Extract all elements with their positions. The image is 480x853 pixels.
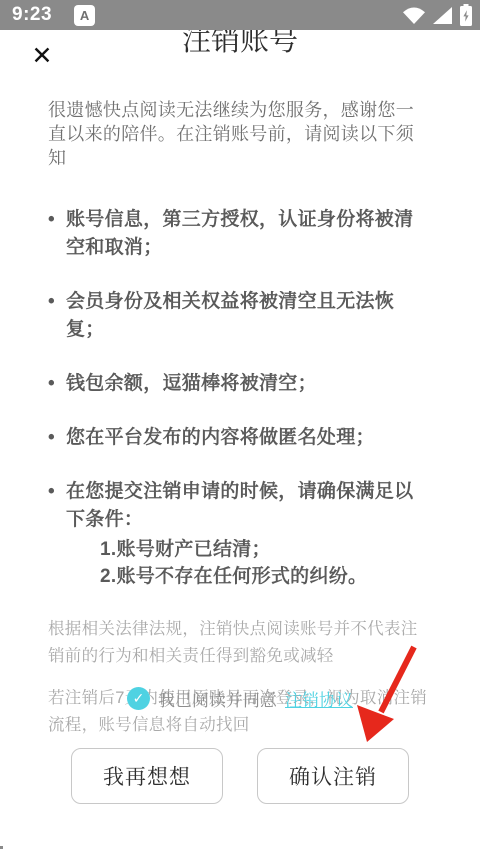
confirm-cancel-button[interactable]: 确认注销 — [257, 748, 409, 804]
think-again-button[interactable]: 我再想想 — [71, 748, 223, 804]
notice-item-text: 在您提交注销申请的时候，请确保满足以下条件： — [66, 481, 413, 530]
content-area: 很遗憾快点阅读无法继续为您服务，感谢您一直以来的陪伴。在注销账号前，请阅读以下须… — [0, 87, 480, 739]
notice-item: 会员身份及相关权益将被清空且无法恢复； — [48, 288, 432, 344]
status-bar: 9:23 A — [0, 0, 480, 30]
cancel-account-screen: 9:23 A 注销账号 ✕ 很遗憾快点阅读无法继续为您服务，感谢您一直以来的陪伴… — [0, 0, 480, 853]
notice-item: 钱包余额，逗猫棒将被清空； — [48, 370, 432, 398]
intro-text: 很遗憾快点阅读无法继续为您服务，感谢您一直以来的陪伴。在注销账号前，请阅读以下须… — [48, 98, 432, 170]
condition-item: 2.账号不存在任何形式的纠纷。 — [66, 563, 432, 590]
notice-list: 账号信息，第三方授权，认证身份将被清空和取消； 会员身份及相关权益将被清空且无法… — [48, 206, 432, 590]
notice-item: 在您提交注销申请的时候，请确保满足以下条件： 1.账号财产已结清； 2.账号不存… — [48, 478, 432, 590]
agreement-checkbox-checked-icon[interactable]: ✓ — [127, 687, 150, 710]
notice-item: 您在平台发布的内容将做匿名处理； — [48, 424, 432, 452]
legal-disclaimer: 根据相关法律法规，注销快点阅读账号并不代表注销前的行为和相关责任得到豁免或减轻 … — [48, 616, 432, 739]
notice-item: 账号信息，第三方授权，认证身份将被清空和取消； — [48, 206, 432, 262]
legal-paragraph: 根据相关法律法规，注销快点阅读账号并不代表注销前的行为和相关责任得到豁免或减轻 — [48, 616, 432, 670]
clock: 9:23 — [12, 4, 52, 26]
cell-signal-icon — [433, 7, 453, 24]
ime-icon: A — [74, 5, 95, 26]
condition-list: 1.账号财产已结清； 2.账号不存在任何形式的纠纷。 — [66, 536, 432, 590]
action-buttons: 我再想想 确认注销 — [0, 748, 480, 804]
cancellation-agreement-link[interactable]: 注销协议 — [285, 686, 353, 711]
agreement-row: ✓ 我已阅读并同意 注销协议 — [0, 686, 480, 711]
close-icon[interactable]: ✕ — [26, 40, 58, 72]
agreement-label: 我已阅读并同意 — [158, 686, 277, 711]
battery-charging-icon — [460, 4, 472, 26]
status-bar-right-icons — [402, 4, 472, 26]
wifi-icon — [402, 6, 426, 25]
screenshot-artifact — [0, 846, 3, 849]
condition-item: 1.账号财产已结清； — [66, 536, 432, 563]
